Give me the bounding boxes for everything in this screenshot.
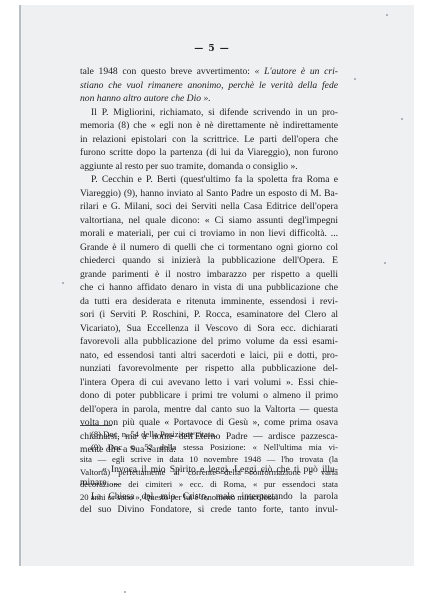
footnote-line: sita — egli scrive in data 10 novembre 1…	[80, 453, 338, 466]
body-line: non hanno altro autore che Dio ».	[80, 92, 338, 106]
body-line: rilari e G. Milani, soci dei Serviti nel…	[80, 200, 338, 214]
scan-speck	[386, 14, 388, 16]
body-line: Grande è il numero di quelli che ci torm…	[80, 241, 338, 255]
body-line: nunziati favorevolmente per rispetto all…	[80, 362, 338, 376]
scan-speck	[384, 262, 386, 264]
italic-quote: « L'autore è un cri-	[255, 66, 338, 77]
footnote-divider	[80, 425, 112, 426]
scan-speck	[401, 118, 403, 120]
footnote-line: decorazione dei cimiteri » ecc. di Roma,…	[80, 478, 338, 491]
body-line: da tutti era desiderata e ritenuta immin…	[80, 295, 338, 309]
body-line: grande parimenti è il nostro imbarazzo p…	[80, 268, 338, 282]
scan-speck	[124, 591, 126, 593]
footnotes: (8) Doc. n. 54 della Posizione citata. (…	[80, 428, 338, 503]
footnote-line: Valtorta) perfettamente al corrente dell…	[80, 466, 338, 479]
body-line: valtortiana, nel quale dicono: « Ci siam…	[80, 214, 338, 228]
body-line: in relazioni epistolari con la scrittric…	[80, 133, 338, 147]
body-line: stiano che vuol rimanere anonimo, perchè…	[80, 79, 338, 93]
line-text: tale 1948 con questo breve avvertimento:	[80, 66, 255, 77]
body-line: sori (i Serviti P. Roschini, P. Rocca, e…	[80, 308, 338, 322]
scan-speck	[354, 78, 356, 80]
body-line: aggiunte al resto per suo tramite, doman…	[80, 160, 338, 174]
footnote-line: 20 anni or sono », Questo per lui è feno…	[80, 491, 338, 504]
footnote-line: (9) Doc. n. 52 della stessa Posizione: «…	[80, 441, 338, 454]
body-line: Vicariato), Sua Eccellenza il Vescovo di…	[80, 322, 338, 336]
footnote-line: (8) Doc. n. 54 della Posizione citata.	[80, 428, 338, 441]
body-line: l'intera Opera di cui avevano letto i va…	[80, 376, 338, 390]
body-line: memoria (8) che « egli non è nè direttam…	[80, 119, 338, 133]
quote-line: del suo Divino Fondatore, si crede tanto…	[80, 503, 338, 517]
body-line: che ci hanno affidato denaro in vista di…	[80, 281, 338, 295]
body-line: tale 1948 con questo breve avvertimento:…	[80, 65, 338, 79]
body-line: dono di poter pubblicare i primi tre vol…	[80, 389, 338, 403]
body-line: P. Cecchin e P. Berti (quest'ultimo fa l…	[80, 173, 338, 187]
body-line: morali e materiali, per cui ci troviamo …	[80, 227, 338, 241]
body-line: furono scritte dopo la partenza (di lui …	[80, 146, 338, 160]
body-line: chiederci quando si inizierà la pubblica…	[80, 254, 338, 268]
body-line: nato, ed essendosi tanti altri sacerdoti…	[80, 349, 338, 363]
body-line: favorevoli alla pubblicazione del primo …	[80, 335, 338, 349]
body-line: dell'opera in parola, mentre dal canto s…	[80, 403, 338, 417]
scan-speck	[62, 282, 64, 284]
body-line: Viareggio) (9), hanno inviato al Santo P…	[80, 187, 338, 201]
page-number: — 5 —	[0, 44, 424, 54]
body-line: Il P. Migliorini, richiamato, si difende…	[80, 106, 338, 120]
